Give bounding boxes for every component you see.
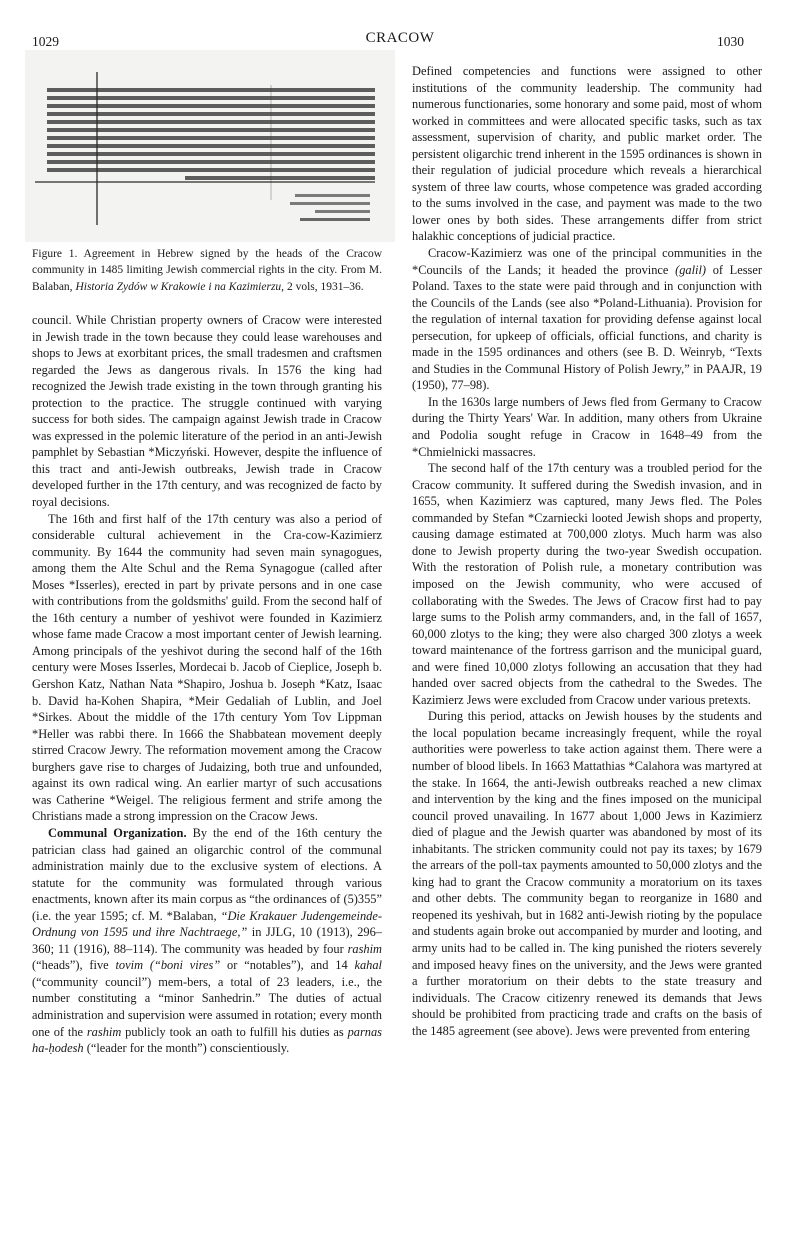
page-number-right: 1030 [717, 34, 744, 50]
italic-term: tovim (“boni vires” [115, 958, 220, 972]
paragraph-communal-organization: Communal Organization. By the end of the… [32, 825, 382, 1057]
text-run: (“heads”), five [32, 958, 115, 972]
text-run: publicly took an oath to fulfill his dut… [121, 1025, 347, 1039]
paragraph: Cracow-Kazimierz was one of the principa… [412, 245, 762, 394]
manuscript-icon [25, 50, 395, 242]
left-column: council. While Christian property owners… [32, 312, 382, 1057]
text-run: of Lesser Poland. Taxes to the state wer… [412, 263, 762, 393]
caption-source-title: Historia Zydów w Krakowie i na Kazimierz… [75, 281, 284, 293]
paragraph: council. While Christian property owners… [32, 312, 382, 511]
right-column: Defined competencies and functions were … [412, 63, 762, 1039]
figure-caption: Figure 1. Agreement in Hebrew signed by … [32, 246, 382, 295]
italic-term: (galil) [675, 263, 706, 277]
text-run: or “notables”), and 14 [220, 958, 354, 972]
paragraph: During this period, attacks on Jewish ho… [412, 708, 762, 1039]
running-title: CRACOW [32, 30, 768, 47]
paragraph: In the 1630s large numbers of Jews fled … [412, 394, 762, 460]
italic-term: rashim [348, 942, 382, 956]
paragraph: The 16th and first half of the 17th cent… [32, 511, 382, 825]
paragraph: The second half of the 17th century was … [412, 460, 762, 708]
page-header: 1029 CRACOW 1030 [32, 28, 768, 48]
hebrew-manuscript-image [25, 50, 395, 242]
caption-label: Figure 1. [32, 248, 77, 260]
italic-term: rashim [87, 1025, 121, 1039]
paragraph: Defined competencies and functions were … [412, 63, 762, 245]
text-run: (“leader for the month”) conscientiously… [84, 1041, 290, 1055]
caption-tail: 2 vols, 1931–36. [284, 281, 364, 293]
italic-term: kahal [354, 958, 382, 972]
section-heading: Communal Organization. [48, 826, 187, 840]
